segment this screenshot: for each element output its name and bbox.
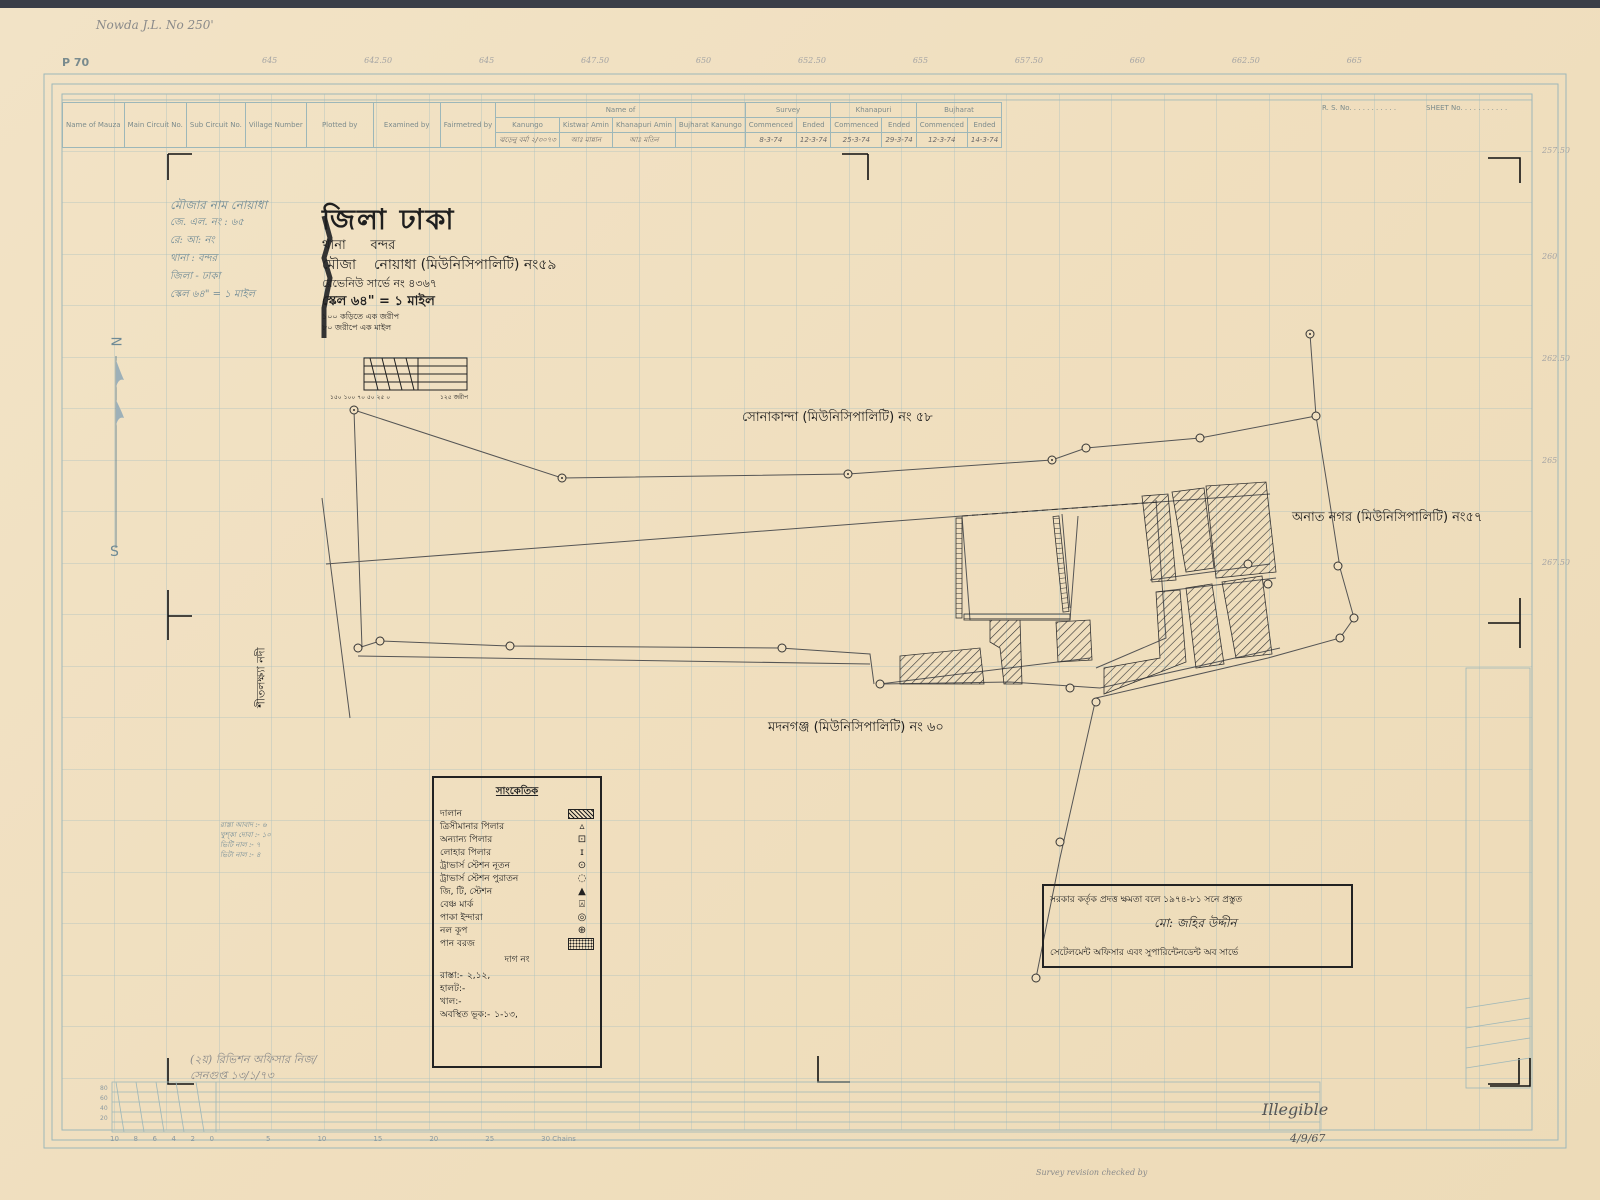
revision-officer-signature: (২য়) রিভিশন অফিসার নিজ/সেনগুপ্ত ১৩/১/৭৩ — [190, 1052, 340, 1084]
land-count: ৭ — [256, 841, 261, 849]
mouza-value: নোয়াধা (মিউনিসিপালিটি) নং৫৯ — [374, 257, 557, 273]
col-bujharat-kanungo: Bujharat Kanungo — [675, 118, 745, 133]
handwritten-land-table: রাস্তা আবাদ :- ৬ খুশ্‌কা দোবা :- ১০ ভিটি… — [220, 820, 271, 860]
survey-ended-value: 12-3-74 — [796, 133, 830, 148]
scale-note-1: ১০০ কড়িতে এক জরীপ — [322, 311, 556, 322]
bottom-scale-vertical-ticks: 80 60 40 20 — [100, 1084, 108, 1124]
land-row: ভিটি নাল :- ৭ — [220, 840, 271, 850]
dag-heading: দাগ নং — [434, 952, 600, 967]
khanapuri-amin-value: আঃ মতিন — [612, 133, 675, 148]
footer-note: Survey revision checked by — [1036, 1168, 1147, 1177]
land-count: ১০ — [262, 831, 271, 839]
scale-tick: 10 — [317, 1135, 326, 1143]
revenue-survey-no: রেভেনিউ সার্ভে নং ৪৩৬৭ — [322, 275, 556, 293]
scale-tick: 60 — [100, 1094, 108, 1104]
scanner-edge — [0, 0, 1600, 8]
summary-line: জিলা - ঢাকা — [170, 268, 267, 286]
land-type: ভিটা — [220, 851, 233, 859]
mouza-label: মৌজা — [322, 257, 356, 273]
scale-bar-left-ticks: ১৫০ ১০০ ৭০ ৫০ ২৫ ০ — [330, 392, 390, 403]
col-bujharat-commenced: Commenced — [916, 118, 967, 133]
thana-value: বন্দর — [371, 238, 396, 253]
betel-garden-icon — [568, 938, 594, 950]
survey-commenced-value: 8-3-74 — [745, 133, 796, 148]
land-class: দোবা — [238, 831, 252, 839]
col-khanapuri-commenced: Commenced — [831, 118, 882, 133]
dag-row: অবস্থিত ভূক:-১-১৩, — [434, 1008, 600, 1021]
bujharat-group: Bujharat — [916, 103, 1001, 118]
land-count: ৬ — [262, 821, 267, 829]
land-row: খুশ্‌কা দোবা :- ১০ — [220, 830, 271, 840]
col-examined-by: Examined by — [373, 103, 440, 148]
land-class: আবাদ — [235, 821, 253, 829]
col-survey-commenced: Commenced — [745, 118, 796, 133]
bottom-scale-right-ticks: 5 10 15 20 25 30 Chains — [266, 1135, 576, 1143]
legend-title: সাংকেতিক — [434, 784, 600, 801]
col-survey-ended: Ended — [796, 118, 830, 133]
south-label: S — [110, 544, 119, 560]
district-title: জিলা ঢাকা — [322, 203, 556, 237]
legend-label: পান বরজ — [440, 936, 475, 951]
bujharat-kanungo-value — [675, 133, 745, 148]
scale-tick: 40 — [100, 1104, 108, 1114]
khanapuri-ended-value: 29-3-74 — [882, 133, 916, 148]
scale-tick: 6 — [152, 1135, 156, 1143]
legend-item: পান বরজ — [434, 937, 600, 950]
khanapuri-group: Khanapuri — [831, 103, 916, 118]
khanapuri-commenced-value: 25-3-74 — [831, 133, 882, 148]
certification-box: সরকার কর্তৃক প্রদত্ত ক্ষমতা বলে ১৯৭৪-৮১ … — [1042, 884, 1353, 968]
adjacent-mouza-north: সোনাকান্দা (মিউনিসিপালিটি) নং ৫৮ — [742, 408, 933, 429]
sheet-no-field: SHEET No. . . . . . . . . . . — [1426, 104, 1507, 112]
river-label: শীতলক্ষ্যা নদী — [253, 647, 272, 707]
certification-line-2: সেটেলমেন্ট অফিসার এবং সুপারিন্টেনডেন্ট অ… — [1044, 935, 1351, 960]
col-sub-circuit: Sub Circuit No. — [186, 103, 245, 148]
dag-label: অবস্থিত ভূক:- — [440, 1007, 490, 1022]
land-type: খুশ্‌কা — [220, 831, 236, 839]
summary-line: থানা : বন্দর — [170, 250, 267, 268]
old-traverse-station-icon: ◌ — [570, 873, 594, 884]
building-symbol-icon — [568, 809, 594, 819]
col-main-circuit: Main Circuit No. — [124, 103, 186, 148]
approver-signature: Illegible — [1262, 1100, 1328, 1119]
bench-mark-icon: ⍓ — [570, 899, 594, 910]
summary-line: মৌজার নাম নোয়াধা — [170, 196, 267, 214]
gt-station-icon: ▲ — [570, 886, 594, 897]
dag-value: ১-১৩, — [494, 1007, 518, 1022]
tube-well-icon: ⊕ — [570, 925, 594, 936]
survey-header-table: Name of Mauza Main Circuit No. Sub Circu… — [62, 102, 1002, 148]
col-kanungo: Kanungo — [496, 118, 560, 133]
scale-tick: 8 — [133, 1135, 137, 1143]
land-type: রাস্তা — [220, 821, 233, 829]
scale-tick: 30 Chains — [541, 1135, 576, 1143]
col-name-of-mauza: Name of Mauza — [63, 103, 125, 148]
bujharat-commenced-value: 12-3-74 — [916, 133, 967, 148]
iron-pillar-icon: ɪ — [570, 847, 594, 858]
col-kistwar-amin: Kistwar Amin — [559, 118, 612, 133]
new-traverse-station-icon: ⊙ — [570, 860, 594, 871]
survey-group: Survey — [745, 103, 830, 118]
col-khanapuri-ended: Ended — [882, 118, 916, 133]
kistwar-amin-value: আঃ মান্নান — [559, 133, 612, 148]
north-label: N — [107, 337, 122, 347]
rs-no-field: R. S. No. . . . . . . . . . . — [1322, 104, 1396, 112]
col-village-number: Village Number — [245, 103, 306, 148]
kanungo-value: ঝড়েনু বর্মা ২/৩০৭৩ — [496, 133, 560, 148]
title-block: জিলা ঢাকা থানা বন্দর মৌজা নোয়াধা (মিউনি… — [322, 203, 556, 333]
scale-tick: 25 — [485, 1135, 494, 1143]
land-class: নাল — [235, 851, 246, 859]
scale-tick: 4 — [172, 1135, 176, 1143]
col-plotted-by: Plotted by — [306, 103, 373, 148]
scale-note-2: ৮০ জরীপে এক মাইল — [322, 322, 556, 333]
scale-tick: 80 — [100, 1084, 108, 1094]
col-fairmetred-by: Fairmetred by — [440, 103, 496, 148]
masonry-well-icon: ◎ — [570, 912, 594, 923]
bottom-scale-left-ticks: 10 8 6 4 2 0 — [110, 1135, 214, 1143]
summary-line: স্কেল ৬৪" = ১ মাইল — [170, 286, 267, 304]
scale-tick: 20 — [100, 1114, 108, 1124]
land-row: ভিটা নাল :- ৪ — [220, 850, 271, 860]
land-class: নাল — [235, 841, 246, 849]
summary-line: রে: আ: নং — [170, 232, 267, 250]
summary-line: জে. এল. নং : ৬৫ — [170, 214, 267, 232]
land-count: ৪ — [256, 851, 261, 859]
scale-tick: 10 — [110, 1135, 119, 1143]
legend-box: সাংকেতিক দালান ত্রিসীমানার পিলার▵ অন্যান… — [432, 776, 602, 1068]
col-khanapuri-amin: Khanapuri Amin — [612, 118, 675, 133]
bujharat-ended-value: 14-3-74 — [967, 133, 1001, 148]
tri-junction-pillar-icon: ▵ — [570, 821, 594, 832]
handwritten-summary: মৌজার নাম নোয়াধা জে. এল. নং : ৬৫ রে: আ:… — [170, 196, 267, 304]
signature: মো: জহির উদ্দীন — [1044, 907, 1351, 935]
scale-tick: 0 — [210, 1135, 214, 1143]
land-type: ভিটি — [220, 841, 233, 849]
dag-value: ২,১২, — [467, 968, 490, 983]
col-bujharat-ended: Ended — [967, 118, 1001, 133]
certification-line-1: সরকার কর্তৃক প্রদত্ত ক্ষমতা বলে ১৯৭৪-৮১ … — [1044, 886, 1351, 907]
adjacent-mouza-east: অনাত নগর (মিউনিসিপালিটি) নং৫৭ — [1292, 508, 1482, 529]
map-drawing — [0, 8, 1600, 1200]
thana-label: থানা — [322, 238, 346, 253]
name-of-group: Name of — [496, 103, 746, 118]
approval-date: 4/9/67 — [1290, 1132, 1325, 1145]
scale-bar-right-label: ১২৫ জরীপ — [440, 392, 468, 403]
other-pillar-icon: ⊡ — [570, 834, 594, 845]
map-sheet: Nowda J.L. No 250' P 70 645 642.50 645 6… — [0, 8, 1600, 1200]
land-row: রাস্তা আবাদ :- ৬ — [220, 820, 271, 830]
scale-tick: 2 — [191, 1135, 195, 1143]
adjacent-mouza-south: মদনগঞ্জ (মিউনিসিপালিটি) নং ৬০ — [768, 718, 944, 739]
scale-text: স্কেল ৬৪" = ১ মাইল — [322, 293, 556, 311]
scale-tick: 20 — [429, 1135, 438, 1143]
scale-tick: 15 — [373, 1135, 382, 1143]
scale-tick: 5 — [266, 1135, 270, 1143]
